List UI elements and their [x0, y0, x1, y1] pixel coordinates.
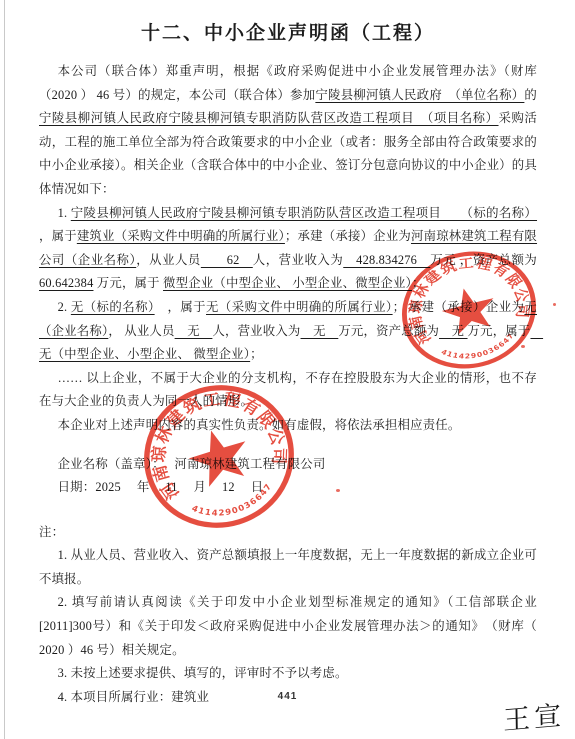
notes-list: 1. 从业人员、营业收入、资产总额填报上一年度数据，无上一年度数据的新成立企业可… — [39, 544, 537, 709]
para-branch-statement: …… 以上企业，不属于大企业的分支机构，不存在控股股东为大企业的情形，也不存在与… — [39, 367, 537, 414]
para-declaration: 本公司（联合体）郑重声明，根据《政府采购促进中小企业发展管理办法》（财库（202… — [39, 60, 537, 202]
declaration-document: 十二、中小企业声明函（工程） 本公司（联合体）郑重声明，根据《政府采购促进中小企… — [0, 0, 575, 739]
seal-star-icon — [183, 422, 255, 490]
notes-block: 注： 1. 从业人员、营业收入、资产总额填报上一年度数据，无上一年度数据的新成立… — [39, 521, 537, 710]
note-item: 3. 未按上述要求提供、填写的，评审时不予以考虑。 — [39, 662, 537, 686]
seal-serial-text: 4114290036647 — [438, 330, 519, 368]
seal-ink-speck — [553, 303, 556, 306]
notes-label: 注： — [39, 521, 537, 545]
seal-ink-speck — [336, 489, 340, 492]
note-item: 1. 从业人员、营业收入、资产总额填报上一年度数据，无上一年度数据的新成立企业可… — [39, 544, 537, 591]
seal-star-icon — [438, 282, 500, 337]
page-title: 十二、中小企业声明函（工程） — [39, 20, 537, 47]
handwritten-signature: 王宣 — [503, 693, 565, 737]
seal-ink-speck — [521, 345, 525, 348]
note-item: 2. 填写前请认真阅读《关于印发中小企业划型标准规定的通知》（工信部联企业[20… — [39, 591, 537, 662]
page-number: 441 — [0, 691, 575, 702]
